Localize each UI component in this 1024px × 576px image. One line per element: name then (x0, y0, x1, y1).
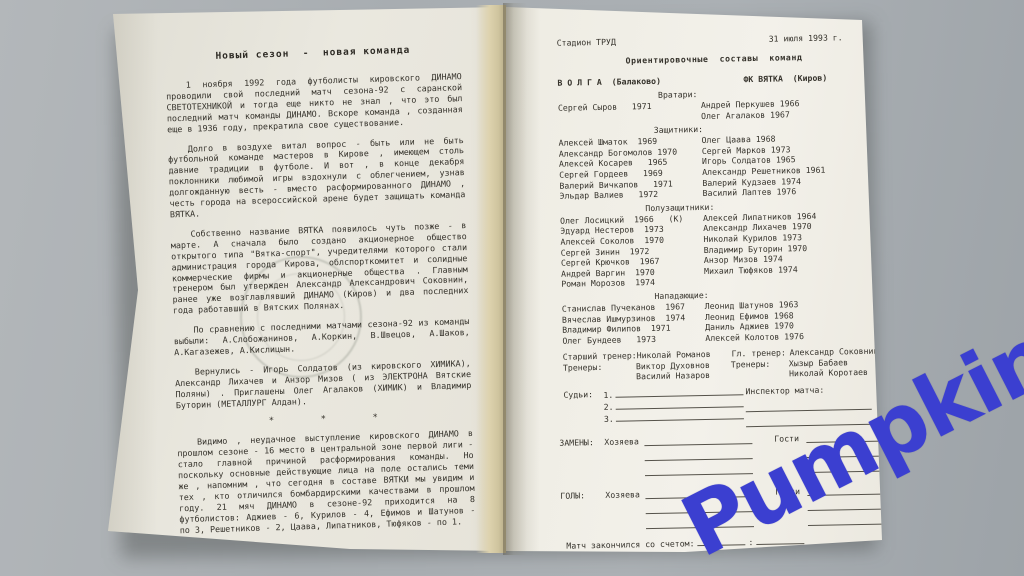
away-team-name: ФК ВЯТКА (Киров) (743, 73, 827, 86)
referee-number: 2. (604, 402, 614, 412)
staff-name: Василий Назаров (636, 370, 731, 382)
article-title: Новый сезон - новая команда (165, 43, 461, 63)
away-goalkeepers: Андрей Перкушев 1966Олег Агалаков 1967 (701, 97, 872, 121)
forwards-section: Нападающие: Станислав Пучеканов 1967Вяче… (561, 287, 876, 346)
article-paragraph: Долго в воздухе витал вопрос - быть или … (168, 135, 466, 221)
subs-label: ЗАМЕНЫ: (559, 437, 604, 449)
away-forwards: Леонид Шатунов 1963Леонид Ефимов 1968Дан… (705, 298, 877, 344)
staff-name: Николай Коротаев (789, 367, 868, 379)
section-separator: * * * (176, 410, 472, 429)
away-midfielders: Алексей Липатников 1964Александр Лихачев… (703, 209, 875, 286)
player-line: Алексей Колотов 1976 (705, 329, 876, 343)
home-defenders: Алексей Шматок 1969Александр Богомолов 1… (558, 135, 702, 201)
referee-number: 3. (604, 414, 614, 424)
player-line: Сергей Сыров 1971 (558, 100, 701, 113)
away-defenders: Олег Цаава 1968Сергей Марков 1973Игорь С… (701, 132, 873, 199)
staff-label (731, 369, 789, 381)
article-paragraph: По сравнению с последними матчами сезона… (173, 316, 470, 358)
goals-label: ГОЛЫ: (560, 490, 605, 502)
blank-line (615, 386, 743, 397)
player-line: Олег Бундеев 1973 (562, 333, 705, 346)
defenders-section: Защитники: Алексей Шматок 1969Александр … (558, 121, 873, 202)
article-paragraph: Собственно название ВЯТКА появилось чуть… (170, 220, 469, 317)
hosts-label: Хозяева (604, 436, 644, 448)
blank-line (644, 435, 752, 446)
home-goalkeepers: Сергей Сыров 1971 (558, 100, 701, 124)
photo-background: Новый сезон - новая команда 1 ноября 199… (0, 0, 1024, 576)
hosts-label: Хозяева (605, 489, 645, 501)
home-midfielders: Олег Лосицкий 1966 (К)Эдуард Нестеров 19… (560, 213, 704, 290)
article-paragraph: Видимо , неудачное выступление кировског… (177, 428, 476, 535)
player-line: Роман Морозов 1974 (561, 276, 704, 289)
referees-label: Судьи: (563, 389, 604, 431)
blank-line (615, 398, 743, 409)
article-body: 1 ноября 1992 года футболисты кировского… (166, 71, 472, 411)
player-line: Эльдар Валиев 1972 (560, 188, 703, 201)
inner-pages-edge (476, 5, 506, 553)
match-header: Стадион ТРУД 31 июля 1993 г. (557, 32, 871, 49)
home-forwards: Станислав Пучеканов 1967Вячеслав Ишмурзи… (562, 301, 706, 346)
stadium-label: Стадион ТРУД (557, 37, 616, 49)
lineups-title: Ориентировочные составы команд (557, 51, 871, 68)
goalkeepers-section: Вратари: Сергей Сыров 1971 Андрей Перкуш… (558, 86, 873, 124)
player-line: Василий Лаптев 1976 (702, 185, 873, 199)
article-paragraph: 1 ноября 1992 года футболисты кировского… (166, 71, 464, 135)
blank-line (616, 410, 744, 421)
referee-number: 1. (603, 390, 613, 400)
final-score-label: Матч закончился со счетом: (566, 538, 694, 551)
player-line: Михаил Тюфяков 1974 (704, 262, 875, 276)
inspector-label: Инспектор матча: (745, 385, 824, 397)
staff-label (563, 372, 636, 384)
left-page: Новый сезон - новая команда 1 ноября 199… (100, 0, 510, 560)
home-team-name: В О Л Г А (Балаково) (557, 74, 743, 89)
midfielders-section: Полузащитники: Олег Лосицкий 1966 (К)Эду… (560, 198, 876, 289)
booklet-fold (503, 3, 527, 555)
referee-row: 3. (604, 410, 744, 425)
match-date: 31 июля 1993 г. (769, 32, 843, 44)
coaching-staff: Старший тренер: Николай Романов Гл. трен… (563, 346, 878, 384)
article-paragraph: Вернулись - Игорь Солдатов (из кировског… (175, 358, 472, 411)
